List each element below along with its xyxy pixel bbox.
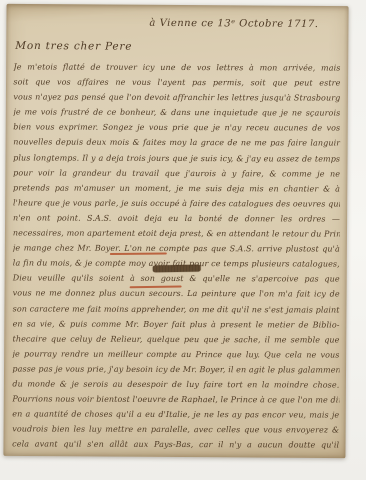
scan-background: à Vienne ce 13ᵉ Octobre 1717. Mon tres c… <box>0 0 366 480</box>
ink-scribble-mark <box>153 265 201 273</box>
letter-line: je pourray rendre un meilleur compte au … <box>12 346 339 362</box>
letter-line: bien vous exprimer. Songez je vous prie … <box>13 120 340 136</box>
letter-line: l'heure que je vous parle, je suis occup… <box>13 195 340 211</box>
letter-line: son caractere me fait moins apprehender,… <box>13 301 340 317</box>
letter-page: à Vienne ce 13ᵉ Octobre 1717. Mon tres c… <box>3 4 348 458</box>
letter-line: plus longtemps. Il y a deja trois jours … <box>13 150 340 166</box>
letter-line: je mange chez Mr. Boyer. L'on ne compte … <box>13 241 340 257</box>
letter-line: en a quantité de choses qu'il a eu d'Ita… <box>12 407 339 423</box>
letter-line: thecaire que celuy de Relieur, quelque p… <box>13 331 340 347</box>
letter-line: vous ne me donnez plus aucun secours. La… <box>13 286 340 302</box>
letter-line: Pourrions nous voir bientost l'oeuvre de… <box>12 391 339 407</box>
letter-line: Dieu veuille qu'ils soient à son goust &… <box>13 271 340 287</box>
letter-line: necessaires, mon apartement etoit deja p… <box>13 225 340 241</box>
salutation: Mon tres cher Pere <box>15 40 132 53</box>
letter-line: Je m'etois flatté de trouver icy une de … <box>13 59 340 75</box>
letter-line: nouvelles depuis deux mois & faites moy … <box>13 135 340 151</box>
letter-body: Je m'etois flatté de trouver icy une de … <box>12 59 340 453</box>
letter-line: je me vois frustré de ce bonheur, & dans… <box>13 105 340 121</box>
letter-line: voudrois bien les luy mettre en paralell… <box>12 422 339 438</box>
letter-line: soit que vos affaires ne vous l'ayent pa… <box>13 75 340 91</box>
letter-line: cela avant qu'il s'en allât aux Pays-Bas… <box>12 437 339 453</box>
letter-line: n'en ont point. S.A.S. avoit deja eu la … <box>13 210 340 226</box>
dateline: à Vienne ce 13ᵉ Octobre 1717. <box>6 17 318 30</box>
letter-line: pretends pas m'amuser un moment, je me s… <box>13 180 340 196</box>
letter-line: du monde & je serois au desespoir de luy… <box>12 376 339 392</box>
letter-line: en sa vie, & puis comme Mr. Boyer fait p… <box>13 316 340 332</box>
letter-line: pour voir la grandeur du travail que j'a… <box>13 165 340 181</box>
letter-line: passe pas je vous prie, j'ay besoin icy … <box>12 361 339 377</box>
letter-line: vous n'ayez pas pensé que l'on devoit af… <box>13 90 340 106</box>
